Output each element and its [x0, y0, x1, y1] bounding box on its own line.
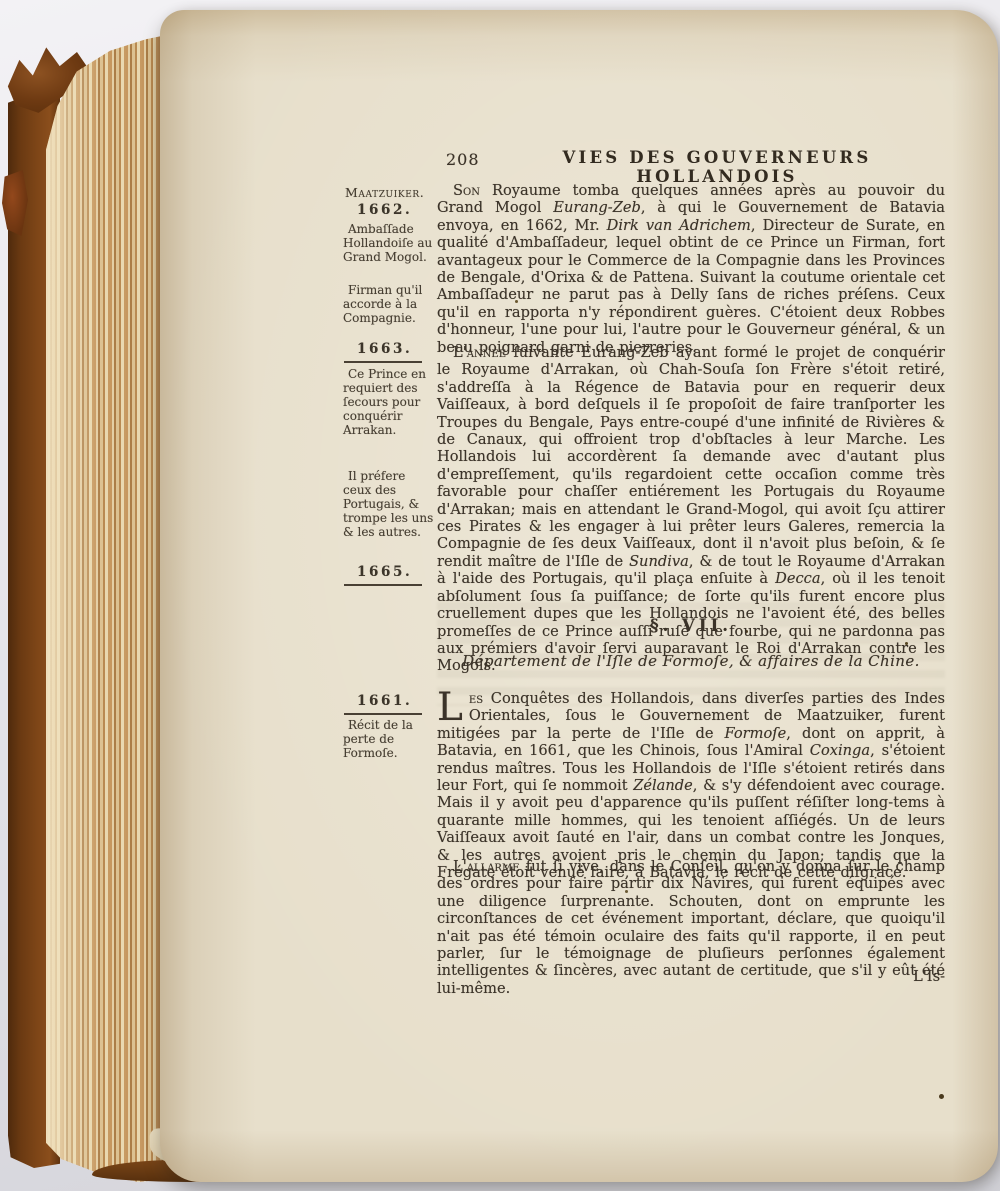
paragraph-text: Son Royaume tomba quelques années après …	[437, 182, 945, 356]
catchword: L'Is-	[850, 968, 945, 985]
margin-note-firman: Firman qu'il accorde à la Compagnie.	[343, 283, 437, 325]
margin-rule-1665	[344, 584, 422, 586]
section-heading: §. VII.	[437, 616, 945, 635]
margin-date-1662: 1662.	[343, 203, 437, 217]
margin-note-ambassade: Ambaſſade Hollandoiſe au Grand Mogol.	[343, 222, 437, 264]
margin-note-governor-name: Maatzuiker.	[343, 186, 437, 200]
paragraph-text: Les Conquêtes des Hollandois, dans diver…	[437, 690, 945, 881]
margin-date-1663: 1663.	[343, 342, 437, 356]
margin-note-secours: Ce Prince en requiert des ſecours pour c…	[343, 367, 437, 437]
margin-note-prefere-portugais: Il préfere ceux des Portugais, & trompe …	[343, 469, 437, 539]
section-subtitle: Département de l'Iſle de Formoſe, & affa…	[437, 652, 945, 670]
margin-date-1665: 1665.	[343, 565, 437, 579]
margin-note-perte-formose: Récit de la perte de Formoſe.	[343, 718, 437, 760]
book-page: 208 VIES DES GOUVERNEURS HOLLANDOIS Maat…	[160, 10, 998, 1182]
photo-background: 208 VIES DES GOUVERNEURS HOLLANDOIS Maat…	[0, 0, 1000, 1191]
page-number: 208	[446, 150, 480, 169]
margin-date-1661: 1661.	[343, 694, 437, 708]
page-fore-edges	[46, 30, 174, 1182]
paragraph-conquetes-formose: Les Conquêtes des Hollandois, dans diver…	[437, 690, 945, 881]
running-title: VIES DES GOUVERNEURS HOLLANDOIS	[482, 148, 952, 186]
margin-rule-1661	[344, 713, 422, 715]
margin-rule-1663	[344, 361, 422, 363]
paragraph-royaume-mogol: Son Royaume tomba quelques années après …	[437, 182, 945, 356]
